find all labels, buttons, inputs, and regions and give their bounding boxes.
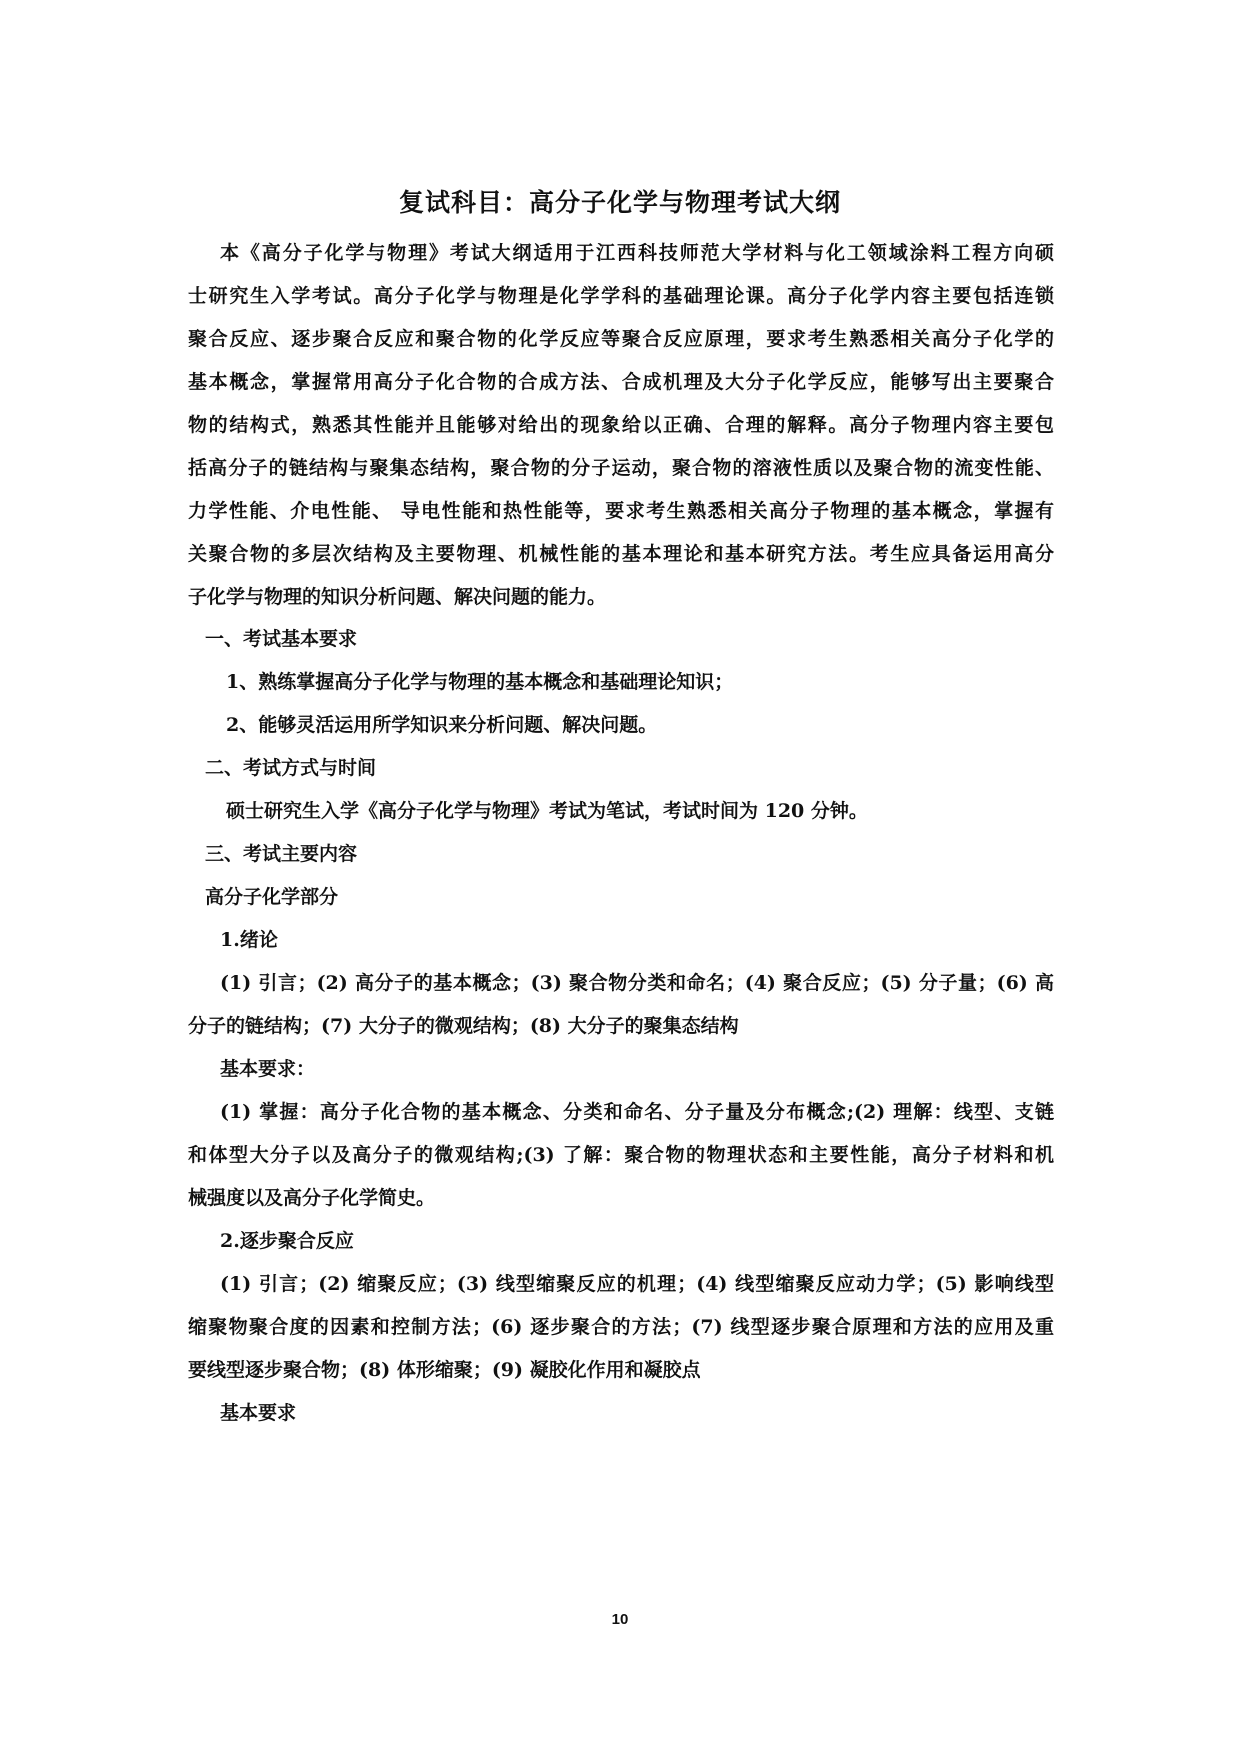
chapter-1-requirements-label: 基本要求： [220, 1057, 315, 1081]
chapter-2-content-line-2: 缩聚物聚合度的因素和控制方法；(6) 逐步聚合的方法；(7) 线型逐步聚合原理和… [188, 1315, 1054, 1339]
document-page: 复试科目：高分子化学与物理考试大纲 本《高分子化学与物理》考试大纲适用于江西科技… [0, 0, 1240, 1754]
intro-line-5: 物的结构式，熟悉其性能并且能够对给出的现象给以正确、合理的解释。高分子物理内容主… [188, 413, 1054, 437]
chapter-2-requirements-label: 基本要求 [220, 1401, 296, 1425]
chapter-1-content-line-1: (1) 引言；(2) 高分子的基本概念；(3) 聚合物分类和命名；(4) 聚合反… [220, 971, 1054, 995]
chapter-2-content-line-1: (1) 引言；(2) 缩聚反应；(3) 线型缩聚反应的机理；(4) 线型缩聚反应… [220, 1272, 1054, 1296]
intro-line-2: 士研究生入学考试。高分子化学与物理是化学学科的基础理论课。高分子化学内容主要包括… [188, 284, 1054, 308]
chapter-1-requirements-line-1: (1) 掌握：高分子化合物的基本概念、分类和命名、分子量及分布概念;(2) 理解… [220, 1100, 1054, 1124]
chapter-1-title: 1.绪论 [220, 928, 278, 952]
exam-format-text: 硕士研究生入学《高分子化学与物理》考试为笔试，考试时间为 120 分钟。 [226, 799, 868, 823]
section-heading-exam-format: 二、考试方式与时间 [205, 756, 376, 780]
intro-line-3: 聚合反应、逐步聚合反应和聚合物的化学反应等聚合反应原理，要求考生熟悉相关高分子化… [188, 327, 1054, 351]
chapter-1-requirements-line-2: 和体型大分子以及高分子的微观结构;(3) 了解：聚合物的物理状态和主要性能，高分… [188, 1143, 1054, 1167]
section-heading-exam-requirements: 一、考试基本要求 [205, 627, 357, 651]
requirement-item-2: 2、能够灵活运用所学知识来分析问题、解决问题。 [226, 713, 657, 737]
chapter-1-content-line-2: 分子的链结构；(7) 大分子的微观结构；(8) 大分子的聚集态结构 [188, 1014, 739, 1038]
intro-line-6: 括高分子的链结构与聚集态结构，聚合物的分子运动，聚合物的溶液性质以及聚合物的流变… [188, 456, 1054, 480]
intro-line-1: 本《高分子化学与物理》考试大纲适用于江西科技师范大学材料与化工领域涂料工程方向硕 [220, 241, 1054, 265]
document-title: 复试科目：高分子化学与物理考试大纲 [0, 183, 1240, 219]
requirement-item-1: 1、熟练掌握高分子化学与物理的基本概念和基础理论知识； [226, 670, 733, 694]
intro-line-9: 子化学与物理的知识分析问题、解决问题的能力。 [188, 585, 606, 609]
intro-line-7: 力学性能、介电性能、 导电性能和热性能等，要求考生熟悉相关高分子物理的基本概念，… [188, 499, 1054, 523]
intro-line-4: 基本概念，掌握常用高分子化合物的合成方法、合成机理及大分子化学反应，能够写出主要… [188, 370, 1054, 394]
page-number: 10 [0, 1611, 1240, 1628]
chapter-2-content-line-3: 要线型逐步聚合物；(8) 体形缩聚；(9) 凝胶化作用和凝胶点 [188, 1358, 701, 1382]
part-title-polymer-chemistry: 高分子化学部分 [205, 885, 338, 909]
intro-line-8: 关聚合物的多层次结构及主要物理、机械性能的基本理论和基本研究方法。考生应具备运用… [188, 542, 1054, 566]
chapter-2-title: 2.逐步聚合反应 [220, 1229, 354, 1253]
section-heading-exam-content: 三、考试主要内容 [205, 842, 357, 866]
chapter-1-requirements-line-3: 械强度以及高分子化学简史。 [188, 1186, 435, 1210]
